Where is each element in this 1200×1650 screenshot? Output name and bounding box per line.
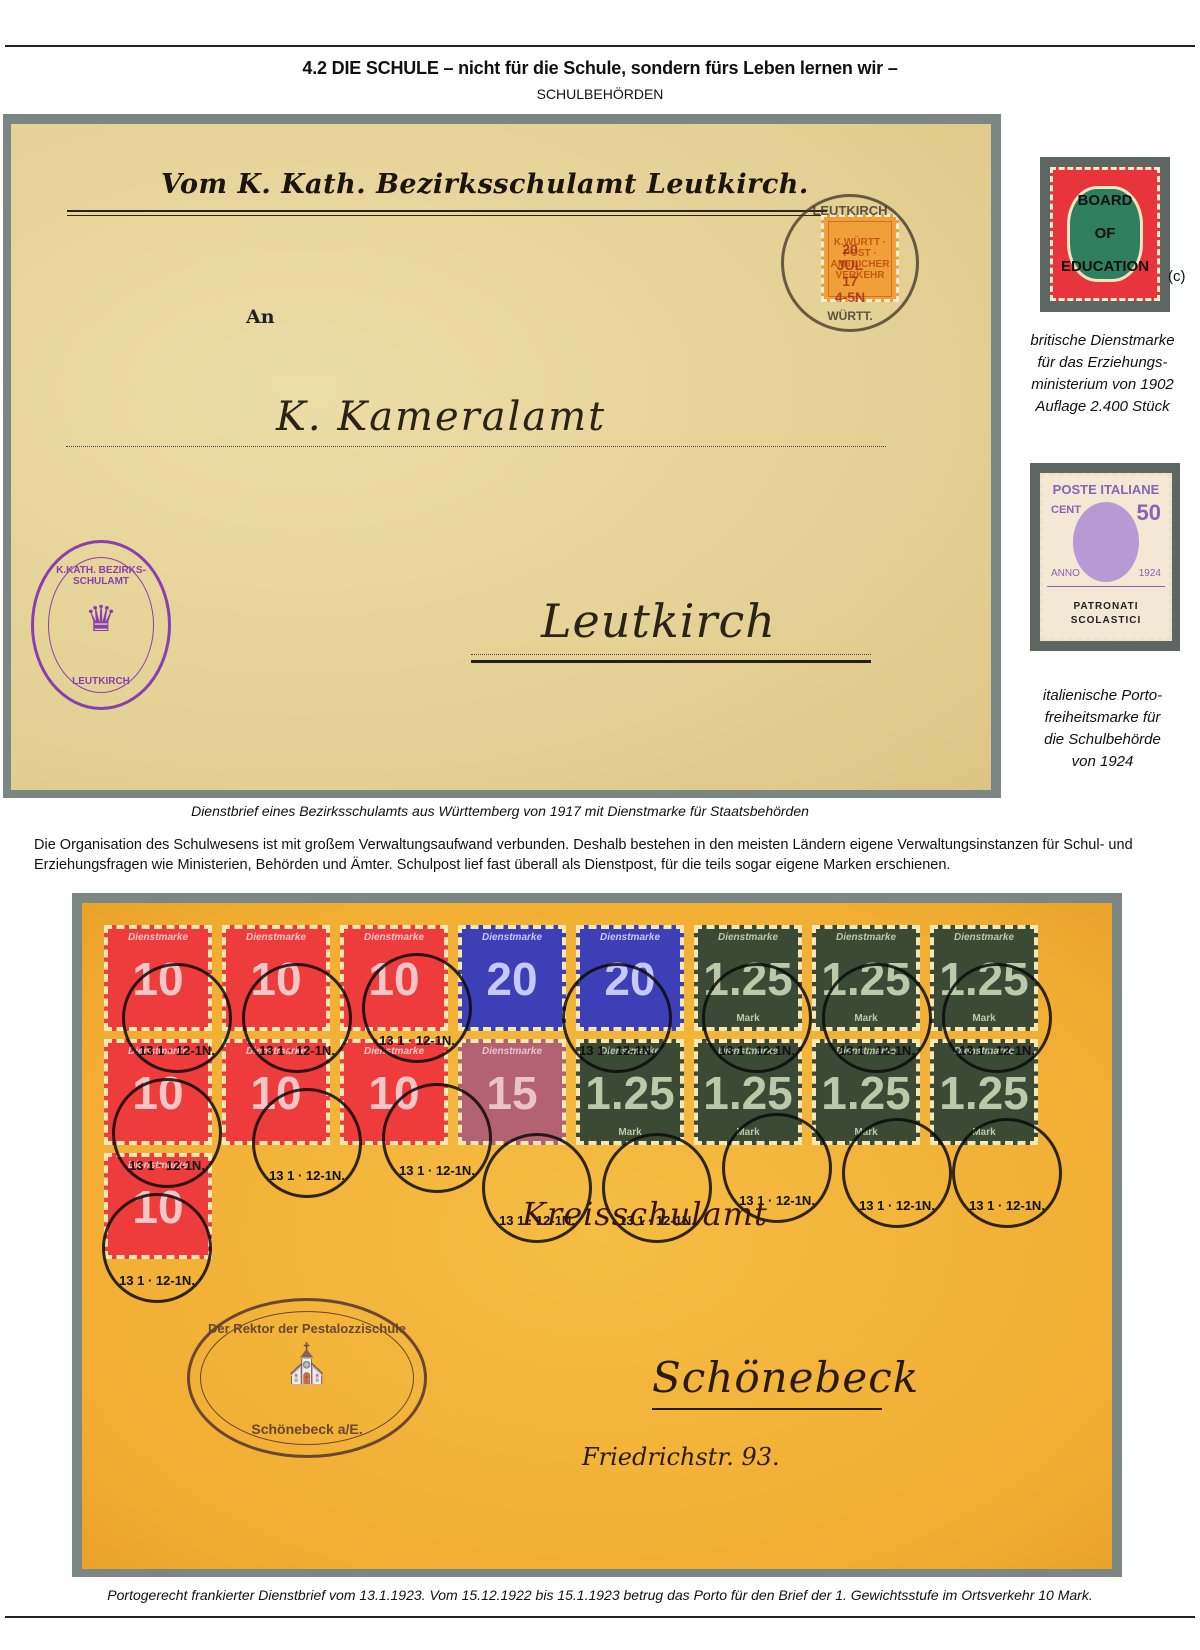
stamp-overprint: BOARD OF EDUCATION [1053,184,1157,283]
stamp-anno: ANNO [1051,568,1080,579]
caption-line: die Schulbehörde [1005,729,1200,751]
caption-line: Auflage 2.400 Stück [1005,396,1200,418]
bezirksschulamt-seal: K.KATH. BEZIRKS-SCHULAMT ♛ LEUTKIRCH [31,540,171,710]
postmark-date: 13 1 · 12-1N. [565,1043,669,1058]
postmark-date: 13 1 · 12-1N. [385,1163,489,1178]
envelope-1-caption: Dienstbrief eines Bezirksschulamts aus W… [0,803,1000,819]
schoenebeck-postmark: 13 1 · 12-1N. [382,1083,492,1193]
stamp-label: Dienstmarke [462,1046,562,1057]
seal-text-top: K.KATH. BEZIRKS-SCHULAMT [34,565,168,587]
postmark-date: 13 1 · 12-1N. [105,1273,209,1288]
stamp-year: 1924 [1139,568,1161,579]
seal-text-bottom: Schönebeck a/E. [190,1421,424,1437]
leutkirch-postmark: LEUTKIRCH 20 JUL 17 4-5N WÜRTT. [781,194,919,332]
schoenebeck-postmark: 13 1 · 12-1N. [842,1118,952,1228]
schoenebeck-postmark: 13 1 · 12-1N. [242,963,352,1073]
caption-line: für das Erziehungs- [1005,352,1200,374]
stamp-value: 1.25 [580,1063,680,1123]
page-subtitle: SCHULBEHÖRDEN [0,86,1200,102]
stamp-label: Dienstmarke [816,932,916,943]
schoenebeck-postmark: 13 1 · 12-1N. [942,963,1052,1073]
divider [1047,586,1165,587]
stamp-label: Dienstmarke [108,932,208,943]
stamp-value: 50 [1137,500,1161,526]
caption-line: britische Dienstmarke [1005,330,1200,352]
stamp-value: 20 [462,949,562,1009]
address-underline [471,660,871,663]
postmark-date: 13 1 · 12-1N. [705,1043,809,1058]
crown-icon: ♛ [34,598,168,640]
stamp-label: Dienstmarke [698,932,798,943]
seal-text-bottom: LEUTKIRCH [34,676,168,687]
stamp-label: Dienstmarke [580,932,680,943]
page-title: 4.2 DIE SCHULE – nicht für die Schule, s… [0,58,1200,79]
stamp-label: Dienstmarke [344,932,444,943]
schoenebeck-postmark: 13 1 · 12-1N. [122,963,232,1073]
postmark-date: 13 1 · 12-1N. [945,1043,1049,1058]
envelope-1-sender: Vom K. Kath. Bezirksschulamt Leutkirch. [161,169,809,200]
british-stamp-caption: britische Dienstmarke für das Erziehungs… [1005,330,1200,418]
envelope-1-an: An [246,306,275,328]
stamp-label: Dienstmarke [462,932,562,943]
envelope-2-city: Schönebeck [652,1353,919,1402]
postmark-region: WÜRTT. [784,309,916,323]
postmark-date: 13 1 · 12-1N. [245,1043,349,1058]
postmark-town: LEUTKIRCH [784,203,916,218]
schoenebeck-postmark: 13 1 · 12-1N. [562,963,672,1073]
divider [67,210,827,212]
divider [67,215,827,216]
schoenebeck-postmark: 13 1 · 12-1N. [822,963,932,1073]
envelope-2: Dienstmarke10Dienstmarke10Dienstmarke10D… [82,903,1112,1569]
copyright-mark: (c) [1168,268,1186,285]
caption-line: freiheitsmarke für [1005,707,1200,729]
caption-line: italienische Porto- [1005,685,1200,707]
envelope-2-street: Friedrichstr. 93. [582,1443,780,1471]
envelope-1: Vom K. Kath. Bezirksschulamt Leutkirch. … [11,124,991,790]
italian-stamp-caption: italienische Porto- freiheitsmarke für d… [1005,685,1200,773]
dienstmarke-stamp: Dienstmarke20 [458,925,566,1031]
address-line [471,654,871,655]
postmark-date: 13 1 · 12-1N. [125,1043,229,1058]
pestalozzischule-seal: Der Rektor der Pestalozzischule ⛪ Schöne… [187,1298,427,1458]
schoenebeck-postmark: 13 1 · 12-1N. [102,1193,212,1303]
seal-text-top: Der Rektor der Pestalozzischule [190,1321,424,1336]
address-underline [652,1408,882,1410]
intro-paragraph: Die Organisation des Schulwesens ist mit… [34,835,1184,875]
top-rule [5,45,1195,47]
bottom-rule [5,1616,1195,1618]
envelope-1-recipient: K. Kameralamt [276,394,606,440]
envelope-2-caption: Portogerecht frankierter Dienstbrief vom… [0,1587,1200,1603]
stamp-value: 1.25 [934,1063,1034,1123]
postmark-date: 13 1 · 12-1N. [115,1158,219,1173]
envelope-2-recipient: Kreisschulamt [522,1195,768,1233]
schoenebeck-postmark: 13 1 · 12-1N. [952,1118,1062,1228]
building-icon: ⛪ [190,1343,424,1387]
stamp-header: POSTE ITALIANE [1043,482,1169,497]
caption-line: von 1924 [1005,751,1200,773]
postmark-date: 20 JUL 17 4-5N [784,241,916,305]
schoenebeck-postmark: 13 1 · 12-1N. [112,1078,222,1188]
address-line [66,446,886,447]
postmark-date: 13 1 · 12-1N. [825,1043,929,1058]
postmark-date: 13 1 · 12-1N. [955,1198,1059,1213]
postmark-date: 13 1 · 12-1N. [845,1198,949,1213]
caption-line: ministerium von 1902 [1005,374,1200,396]
italian-patronati-scolastici-stamp: POSTE ITALIANE CENT 50 ANNO 1924 PATRONA… [1040,473,1172,641]
postmark-date: 13 1 · 12-1N. [365,1033,469,1048]
italia-portrait-icon [1073,502,1139,582]
stamp-label: PATRONATI SCOLASTICI [1043,600,1169,628]
british-board-of-education-stamp: BOARD OF EDUCATION [1050,167,1160,301]
stamp-label: Dienstmarke [226,932,326,943]
schoenebeck-postmark: 13 1 · 12-1N. [252,1088,362,1198]
envelope-1-city: Leutkirch [541,594,776,648]
schoenebeck-postmark: 13 1 · 12-1N. [362,953,472,1063]
schoenebeck-postmark: 13 1 · 12-1N. [702,963,812,1073]
stamp-currency: CENT [1051,504,1081,516]
stamp-label: Dienstmarke [934,932,1034,943]
postmark-date: 13 1 · 12-1N. [255,1168,359,1183]
